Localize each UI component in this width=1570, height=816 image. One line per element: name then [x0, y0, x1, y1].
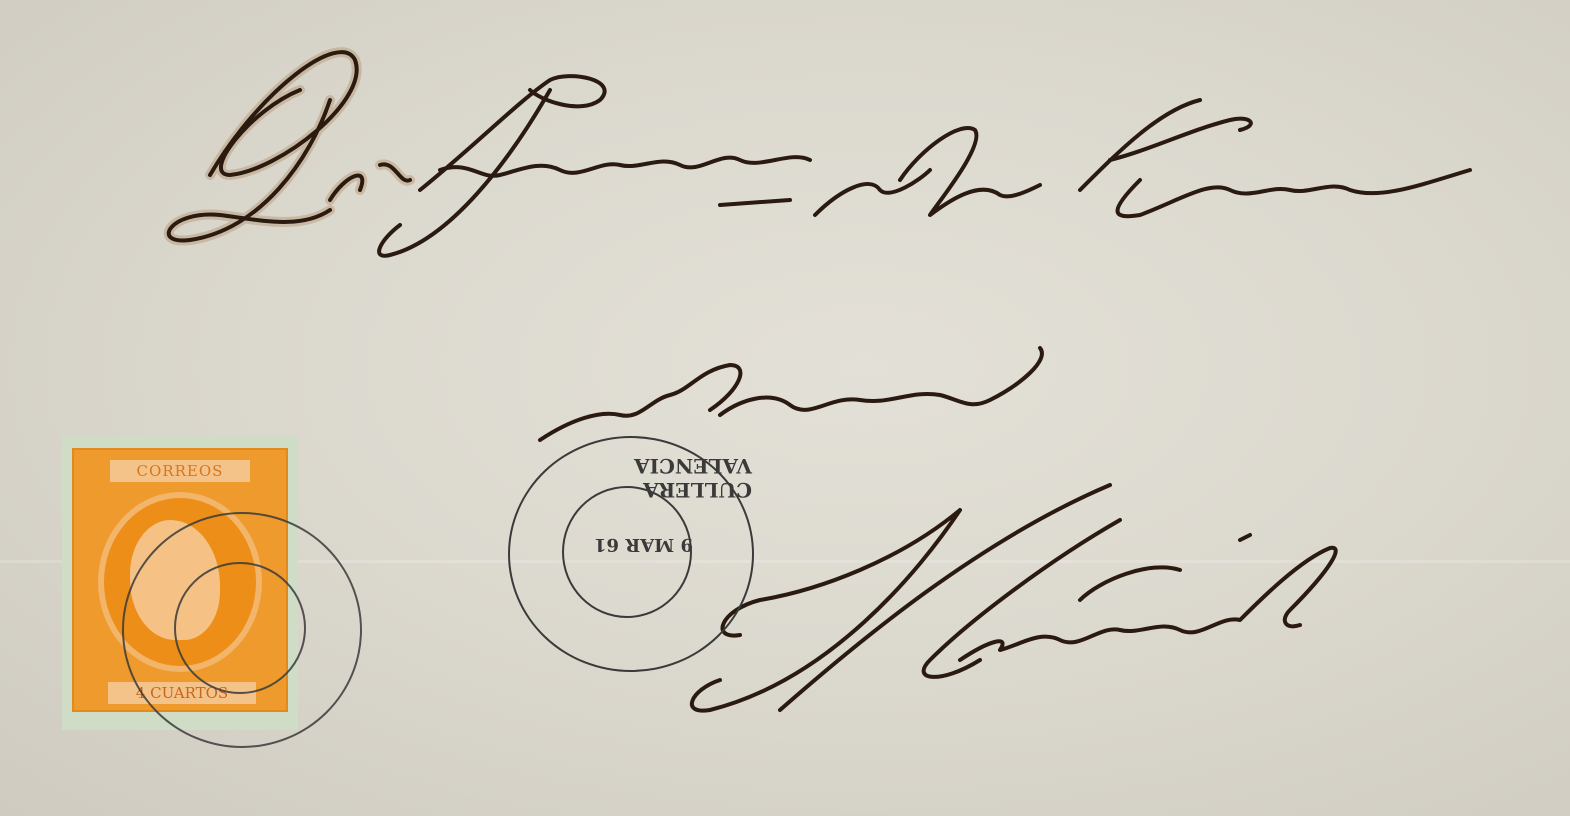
postmark-outer-text: CULLERA VALENCIA — [570, 454, 752, 502]
address-line-3-script — [692, 485, 1336, 711]
address-line-2-script — [540, 348, 1042, 440]
postmark-inner-ring — [174, 562, 306, 694]
postmark-cullera: CULLERA VALENCIA 9 MAR 61 — [508, 436, 754, 672]
stamp-header: CORREOS — [110, 460, 250, 482]
address-line-1-script — [169, 52, 1470, 256]
postmark-date: 9 MAR 61 — [594, 534, 693, 555]
postmark-on-stamp — [122, 512, 362, 748]
